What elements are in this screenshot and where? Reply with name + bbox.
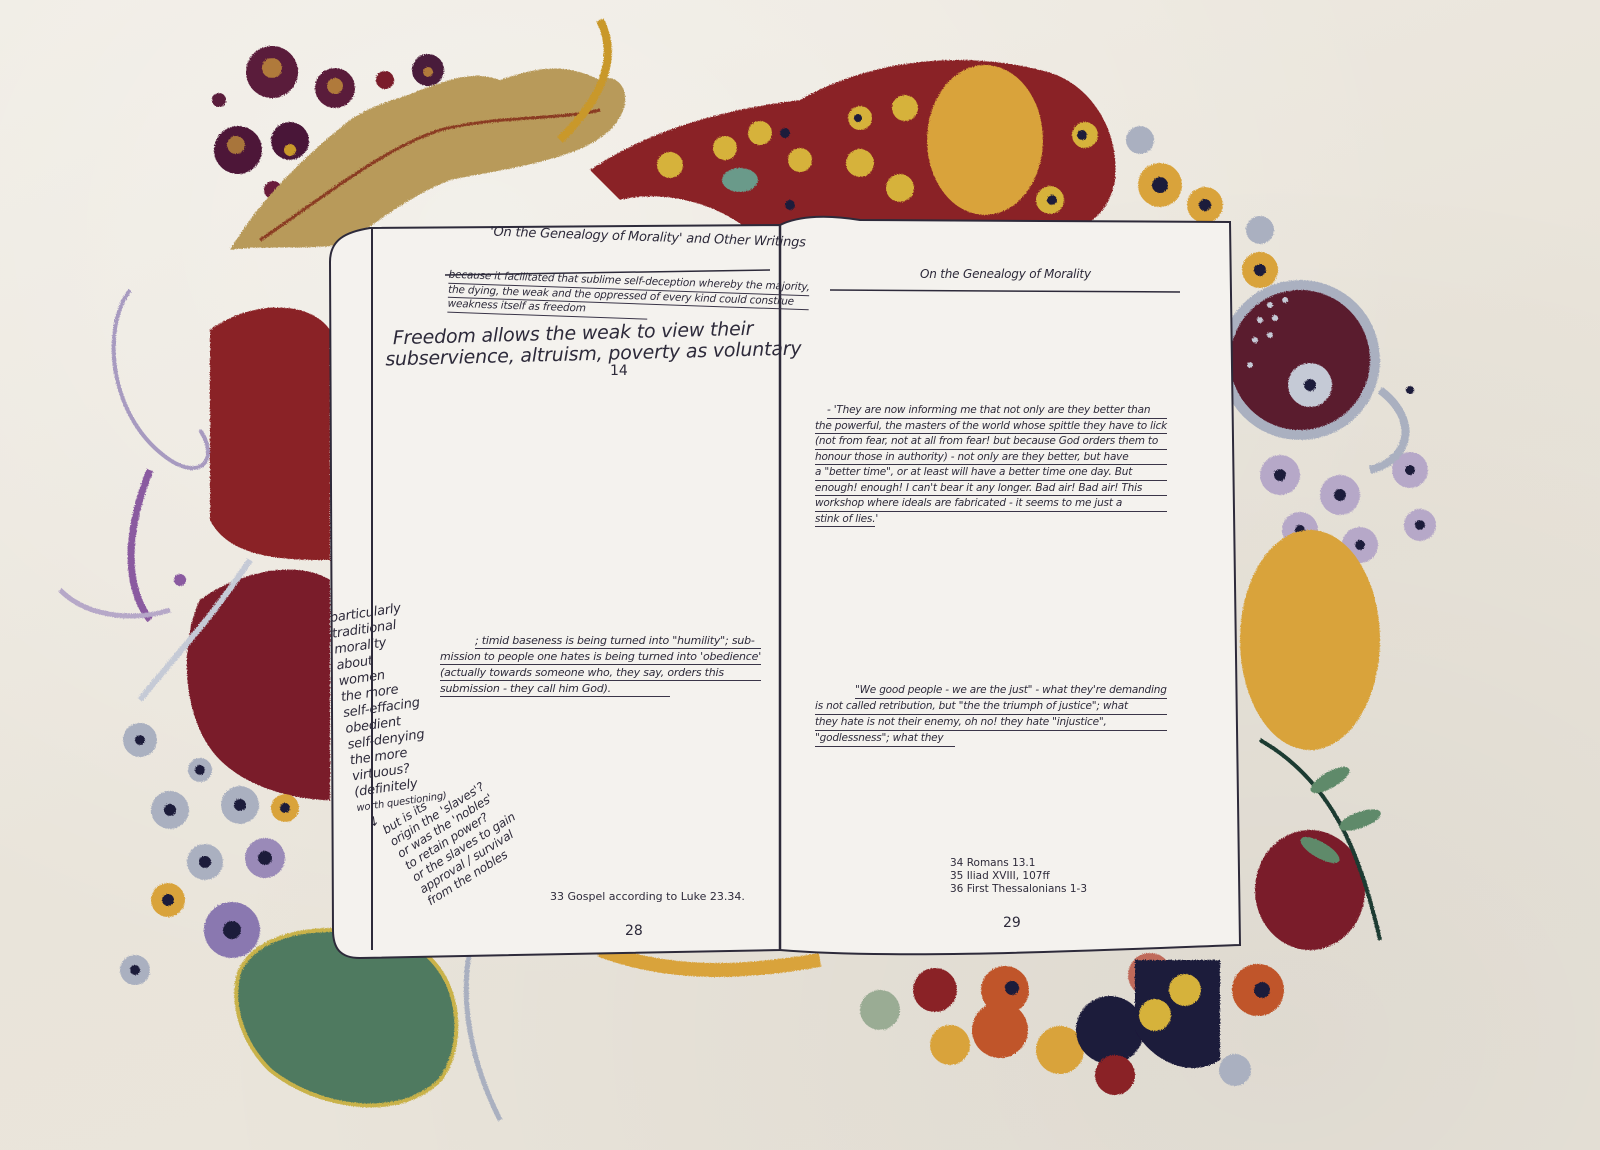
left-note-number: 14 — [610, 363, 628, 379]
bottom-flowers — [913, 953, 1284, 1095]
right-footnotes: 34 Romans 13.1 35 Iliad XVIII, 107ff 36 … — [950, 857, 1087, 896]
artwork-canvas: 'On the Genealogy of Morality' and Other… — [0, 0, 1600, 1150]
right-quote-bottom: "We good people - we are the just" - wha… — [815, 683, 1167, 747]
right-quote-top: - 'They are now informing me that not on… — [815, 403, 1167, 527]
right-page: On the Genealogy of Morality - 'They are… — [785, 225, 1235, 955]
left-annotation-top: Freedom allows the weak to view their su… — [385, 318, 802, 371]
left-footnote: 33 Gospel according to Luke 23.34. — [550, 890, 745, 903]
left-quote-bottom: ; timid baseness is being turned into "h… — [440, 633, 761, 697]
right-running-head: On the Genealogy of Morality — [920, 267, 1091, 281]
right-page-number: 29 — [1003, 915, 1021, 931]
left-page: 'On the Genealogy of Morality' and Other… — [370, 225, 780, 955]
left-page-number: 28 — [625, 923, 643, 939]
left-quote-top: because it facilitated that sublime self… — [447, 269, 810, 325]
left-running-head: 'On the Genealogy of Morality' and Other… — [490, 224, 806, 250]
